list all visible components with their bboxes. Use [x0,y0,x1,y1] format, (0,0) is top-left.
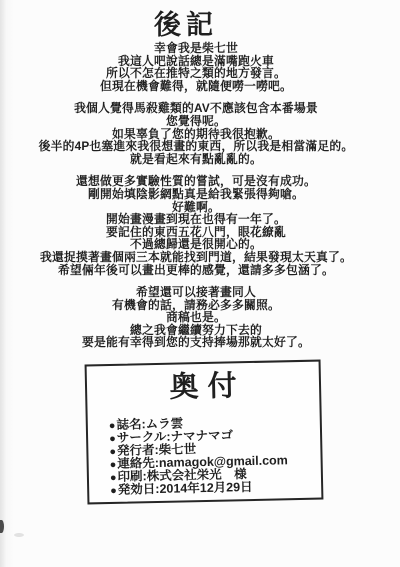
scanned-afterword-page: 後記 幸會我是柴七世 我這人吧說話總是滿嘴跑火車 所以不怎在推特之類的地方發言。… [0,0,400,567]
afterword-title: 後記 [0,8,382,42]
afterword-line: 商稿也是。 [0,311,392,324]
afterword-paragraph: 幸會我是柴七世 我這人吧說話總是滿嘴跑火車 所以不怎在推特之類的地方發言。 但現… [0,42,392,92]
afterword-line: 您覺得呢。 [0,115,392,128]
bullet-icon: ● [110,485,117,498]
bullet-icon: ● [110,459,117,472]
afterword-line: 但現在機會難得，就隨便嘮一嘮吧。 [0,80,392,93]
bullet-icon: ● [109,419,116,432]
colophon-item: ●発効日:2014年12月29日 [110,480,321,498]
afterword-section: 後記 幸會我是柴七世 我這人吧說話總是滿嘴跑火車 所以不怎在推特之類的地方發言。… [0,8,392,349]
afterword-line: 我還捉摸著畫個兩三本就能找到門道，結果發現太天真了。 [0,251,392,264]
bullet-icon: ● [109,432,116,445]
afterword-line: 後半的4P也塞進來我很想畫的東西，所以我是相當滿足的。 [0,140,392,153]
afterword-line: 開始畫漫畫到現在也得有一年了。 [0,213,392,226]
afterword-line: 所以不怎在推特之類的地方發言。 [0,67,392,80]
colophon-title: 奥付 [87,370,320,405]
afterword-line: 就是看起來有點亂亂的。 [0,153,392,166]
colophon-list: ●誌名:ムラ雲 ●サークル:ナマナマゴ ●発行者:柴七世 ●連絡先:namago… [88,415,322,498]
colophon-box: 奥付 ●誌名:ムラ雲 ●サークル:ナマナマゴ ●発行者:柴七世 ●連絡先:nam… [85,360,324,505]
ink-stain-artifact [0,520,4,533]
afterword-paragraph: 希望還可以接著畫同人 有機會的話，請務必多多關照。 商稿也是。 總之我會繼續努力… [0,286,392,349]
afterword-line: 希望倆年後可以畫出更棒的感覺，還請多多包涵了。 [0,264,392,277]
scan-smudge-artifact [14,533,24,537]
afterword-paragraph: 還想做更多實驗性質的嘗試，可是沒有成功。 剛開始填陰影網點真是給我緊張得夠嗆。 … [0,175,392,276]
afterword-line: 要是能有幸得到您的支持捧場那就太好了。 [0,336,392,349]
colophon-item-text: 発効日:2014年12月29日 [118,480,253,497]
afterword-line: 幸會我是柴七世 [0,42,392,55]
afterword-line: 希望還可以接著畫同人 [0,286,392,299]
bullet-icon: ● [109,446,116,459]
afterword-paragraph: 我個人覺得馬殺雞類的AV不應該包含本番場景 您覺得呢。 如果辜負了您的期待我很抱… [0,102,392,165]
afterword-line: 剛開始填陰影網點真是給我緊張得夠嗆。 [0,188,392,201]
bullet-icon: ● [110,472,117,485]
